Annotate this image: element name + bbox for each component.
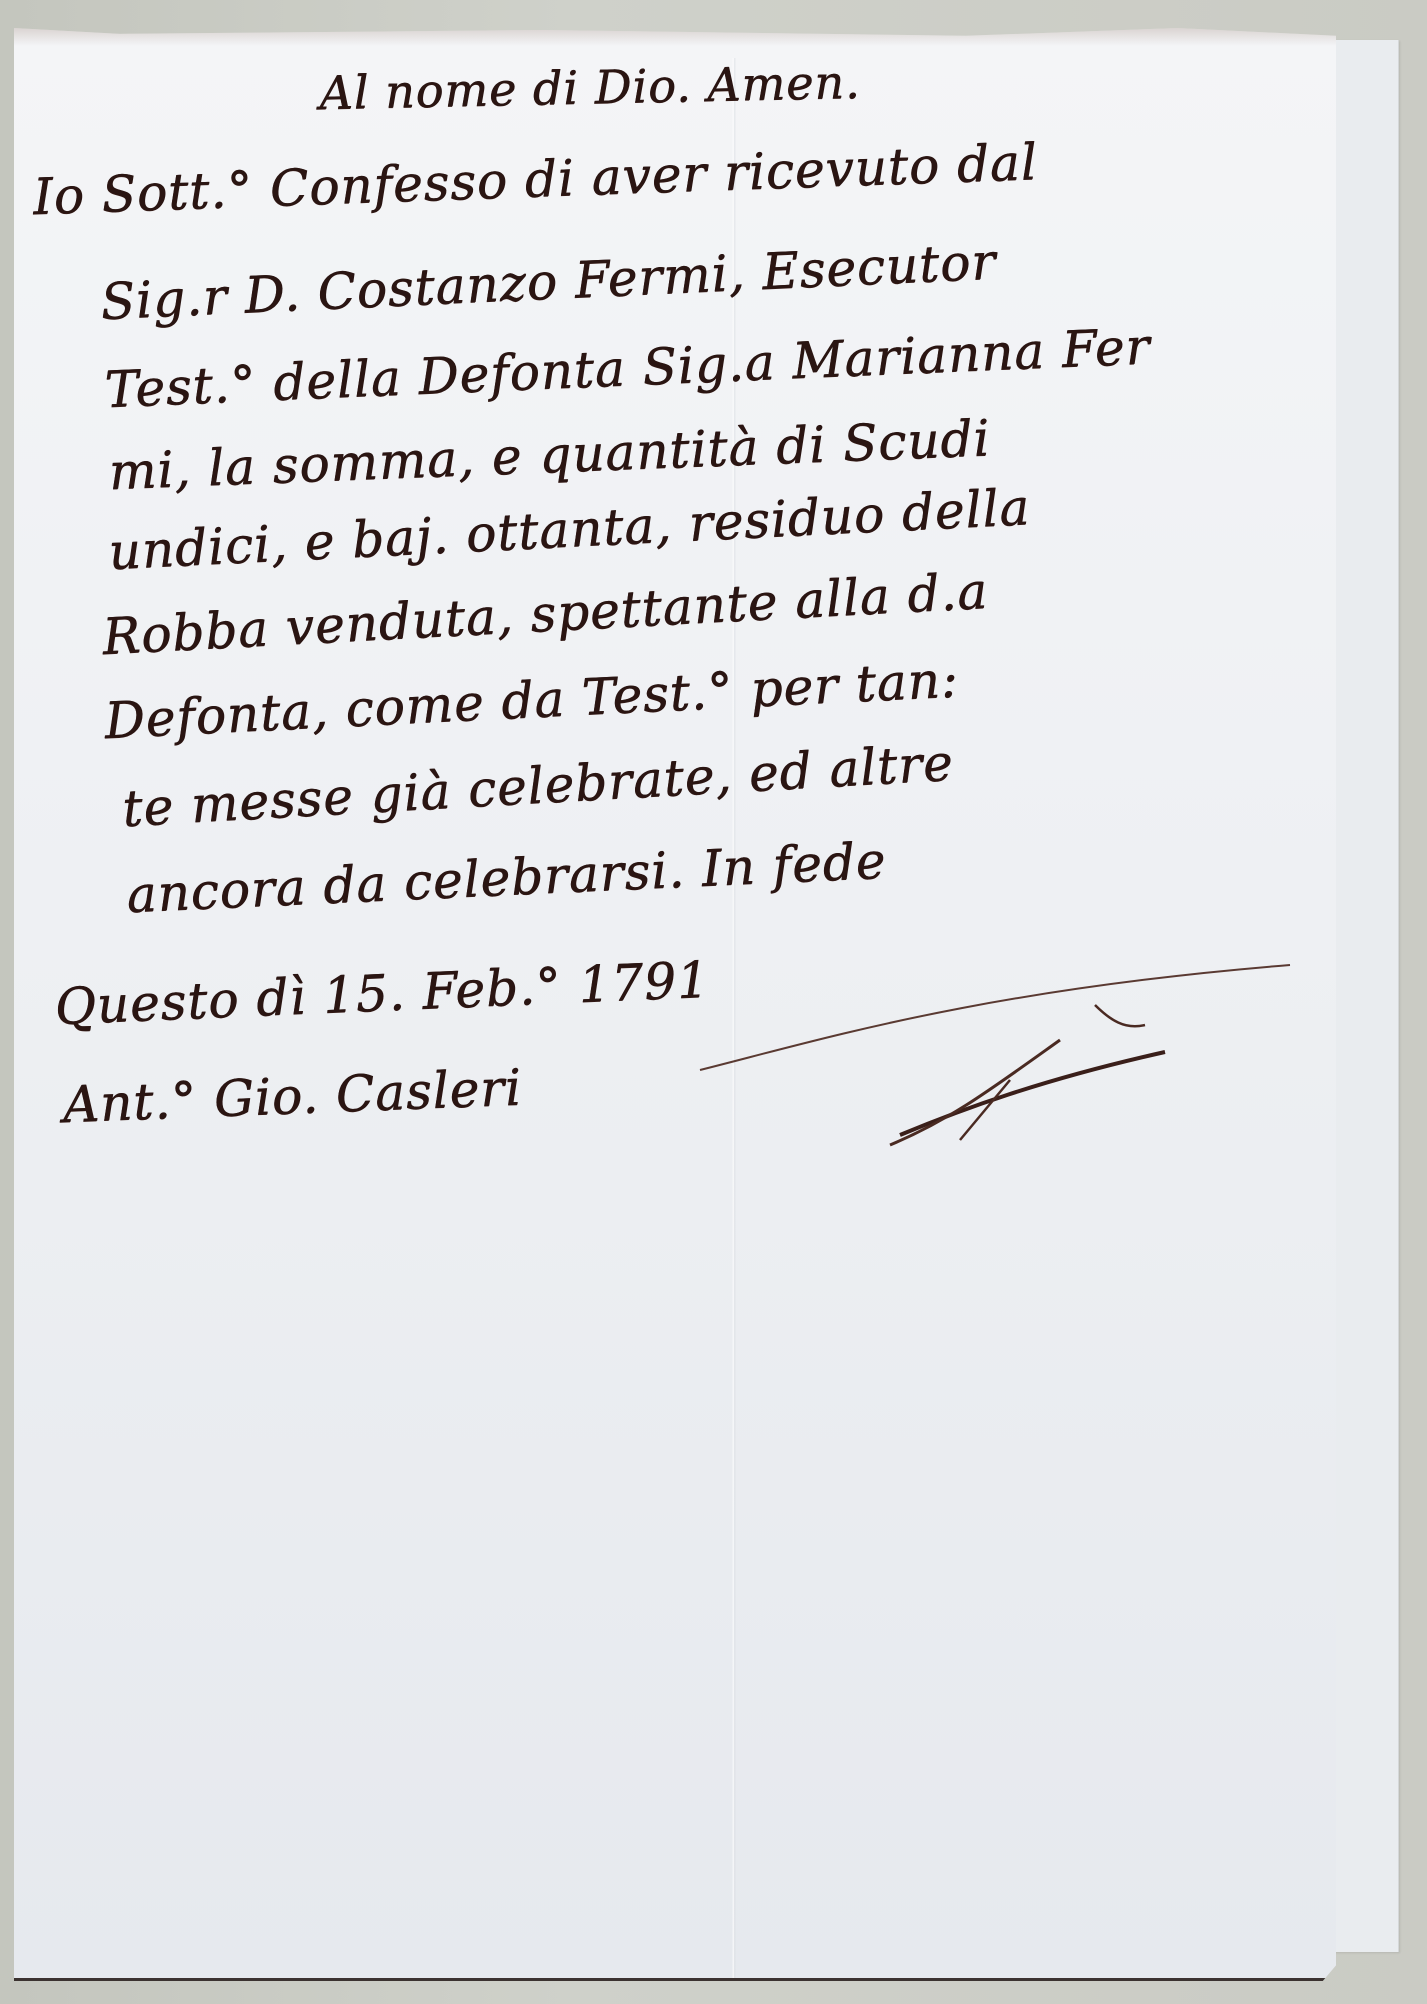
body-line-7: Defonta, come da Test.° per tan:	[103, 650, 960, 750]
body-line-1: Io Sott.° Confesso di aver ricevuto dal	[32, 133, 1039, 226]
signature: Ant.° Gio. Casleri	[62, 1058, 523, 1134]
heading-invocation: Al nome di Dio. Amen.	[319, 55, 861, 120]
date-line: Questo dì 15. Feb.° 1791	[54, 951, 711, 1036]
manuscript-page: Al nome di Dio. Amen. Io Sott.° Confesso…	[14, 28, 1336, 1981]
body-line-3: Test.° della Defonta Sig.a Marianna Fer	[104, 317, 1152, 419]
manuscript-text: Al nome di Dio. Amen. Io Sott.° Confesso…	[14, 28, 1336, 1978]
body-line-8: te messe già celebrate, ed altre	[121, 734, 955, 838]
body-line-9: ancora da celebrarsi. In fede	[125, 832, 887, 924]
body-line-6: Robba venduta, spettante alla d.a	[101, 562, 989, 666]
body-line-2: Sig.r D. Costanzo Fermi, Esecutor	[99, 232, 997, 331]
